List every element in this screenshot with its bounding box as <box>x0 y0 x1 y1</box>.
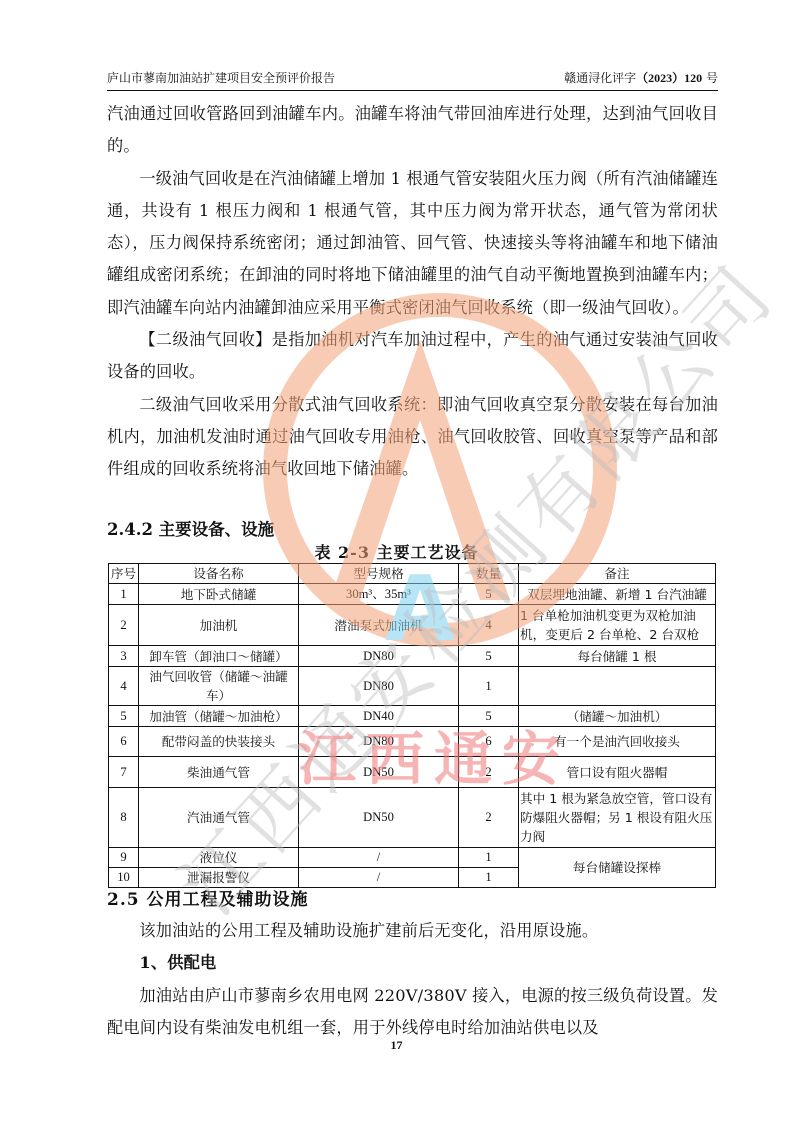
column-header: 型号规格 <box>299 564 459 584</box>
paragraph: 【二级油气回收】是指加油机对汽车加油过程中，产生的油气通过安装油气回收设备的回收… <box>107 324 718 389</box>
section-body: 该加油站的公用工程及辅助设施扩建前后无变化，沿用原设施。 1、供配电 加油站由庐… <box>107 915 718 1044</box>
page-number: 17 <box>0 1038 793 1053</box>
column-header: 设备名称 <box>139 564 299 584</box>
section-heading: 2.4.2 主要设备、设施 <box>107 516 274 540</box>
paragraph: 二级油气回收采用分散式油气回收系统：即油气回收真空泵分散安装在每台加油机内，加油… <box>107 389 718 486</box>
section-heading: 2.5 公用工程及辅助设施 <box>107 885 309 910</box>
table-row: 5 加油管（储罐～加油枪） DN40 5 （储罐～加油机） <box>109 706 716 727</box>
paragraph: 该加油站的公用工程及辅助设施扩建前后无变化，沿用原设施。 <box>107 915 718 947</box>
table-row: 6 配带闷盖的快装接头 DN80 6 有一个是油汽回收接头 <box>109 727 716 757</box>
report-title: 庐山市蓼南加油站扩建项目安全预评价报告 <box>107 69 335 86</box>
paragraph: 加油站由庐山市蓼南乡农用电网 220V/380V 接入，电源的按三级负荷设置。发… <box>107 980 718 1045</box>
table-row: 3 卸车管（卸油口～储罐） DN80 5 每台储罐 1 根 <box>109 646 716 667</box>
table-row: 4 油气回收管（储罐～油罐车） DN80 1 <box>109 667 716 706</box>
page-header: 庐山市蓼南加油站扩建项目安全预评价报告 赣通浔化评字（2023）120 号 <box>107 68 718 91</box>
bracket-term: 【二级油气回收】 <box>139 330 271 349</box>
table-row: 7 柴油通气管 DN50 2 管口设有阻火器帽 <box>109 757 716 788</box>
table-row: 2 加油机 潜油泵式加油机 4 1 台单枪加油机变更为双枪加油机，变更后 2 台… <box>109 605 716 646</box>
subsection-heading: 1、供配电 <box>107 947 718 979</box>
section-body: 汽油通过回收管路回到油罐车内。油罐车将油气带回油库进行处理，达到油气回收目的。 … <box>107 98 718 486</box>
paragraph: 一级油气回收是在汽油储罐上增加 1 根通气管安装阻火压力阀（所有汽油储罐连通，共… <box>107 163 718 324</box>
table-header-row: 序号 设备名称 型号规格 数量 备注 <box>109 564 716 584</box>
table-row: 8 汽油通气管 DN50 2 其中 1 根为紧急放空管，管口设有防爆阻火器帽；另… <box>109 788 716 848</box>
merged-note-cell: 每台储罐设探棒 <box>519 848 716 888</box>
table-caption: 表 2-3 主要工艺设备 <box>0 540 793 563</box>
equipment-table: 序号 设备名称 型号规格 数量 备注 1 地下卧式储罐 30m³、35m³ 5 … <box>108 563 716 888</box>
table-row: 1 地下卧式储罐 30m³、35m³ 5 双层埋地油罐、新增 1 台汽油罐 <box>109 584 716 605</box>
column-header: 备注 <box>519 564 716 584</box>
column-header: 序号 <box>109 564 139 584</box>
column-header: 数量 <box>459 564 519 584</box>
table-row: 9 液位仪 / 1 每台储罐设探棒 <box>109 848 716 868</box>
document-number: 赣通浔化评字（2023）120 号 <box>564 69 718 86</box>
paragraph: 汽油通过回收管路回到油罐车内。油罐车将油气带回油库进行处理，达到油气回收目的。 <box>107 98 718 163</box>
